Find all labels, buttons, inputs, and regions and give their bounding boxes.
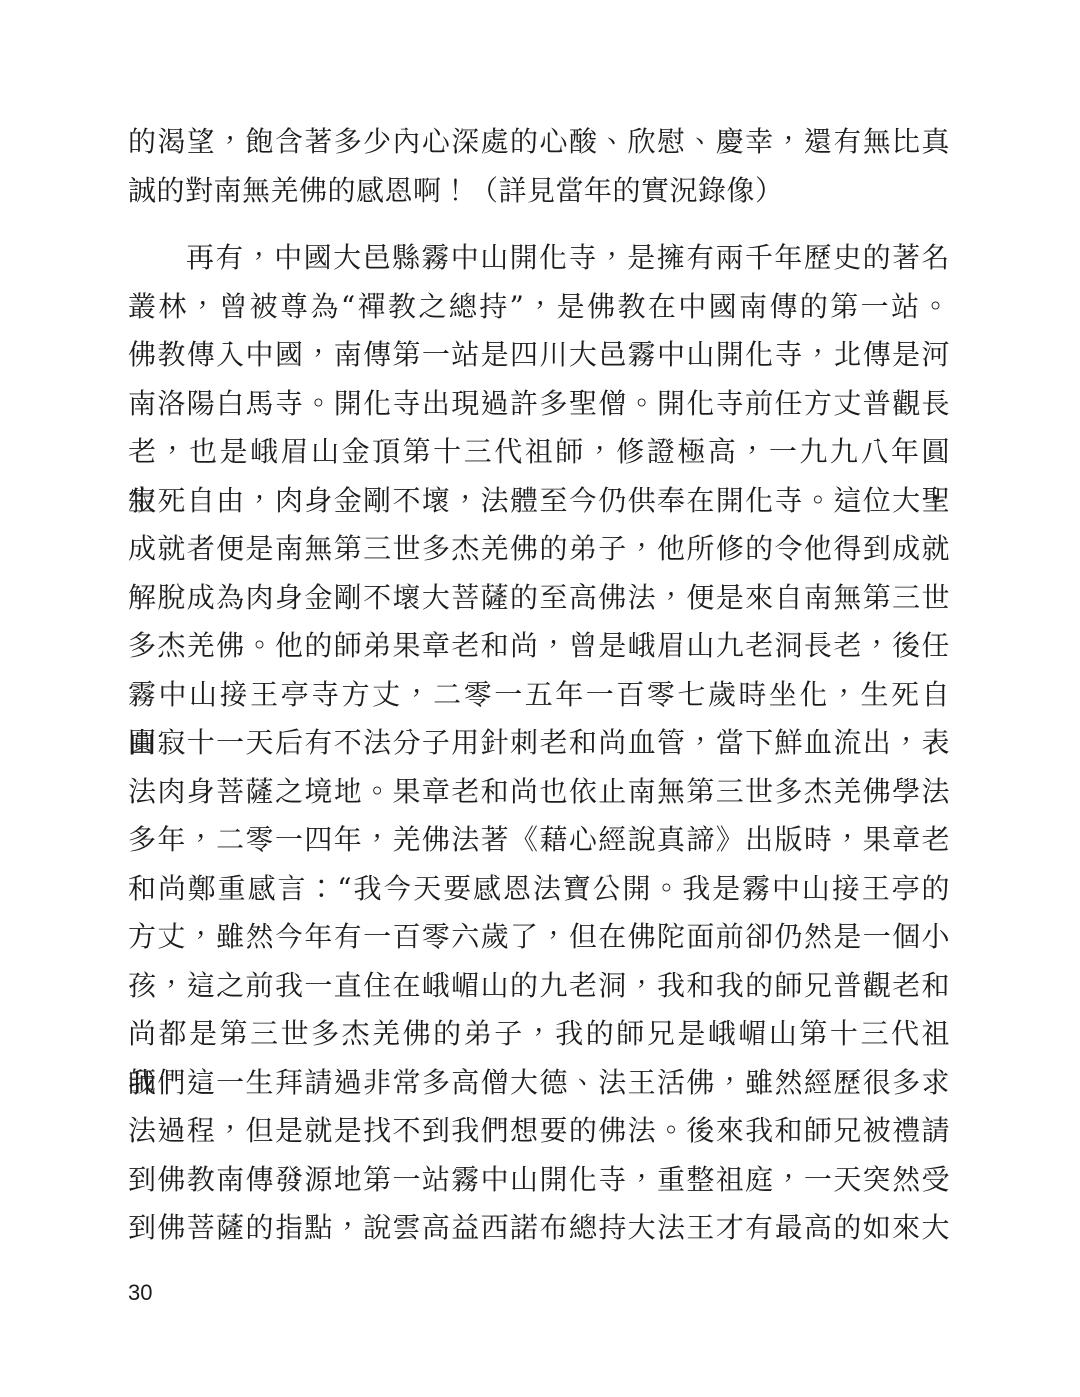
text-line: 法過程，但是就是找不到我們想要的佛法。後來我和師兄被禮請 [128, 1107, 950, 1156]
text-line: 解脫成為肉身金剛不壞大菩薩的至高佛法，便是來自南無第三世 [128, 574, 950, 623]
page-number: 30 [128, 1280, 152, 1305]
text-line: 我們這一生拜請過非常多高僧大德、法王活佛，雖然經歷很多求 [128, 1059, 950, 1108]
paragraph-1: 的渴望，飽含著多少內心深處的心酸、欣慰、慶幸，還有無比真 誠的對南無羌佛的感恩啊… [128, 118, 950, 215]
text-line: 南洛陽白馬寺。開化寺出現過許多聖僧。開化寺前任方丈普觀長 [128, 380, 950, 429]
paragraph-2: 再有，中國大邑縣霧中山開化寺，是擁有兩千年歷史的著名 叢林，曾被尊為“禪教之總持… [128, 234, 950, 1253]
text-line: 孩，這之前我一直住在峨嵋山的九老洞，我和我的師兄普觀老和 [128, 962, 950, 1011]
text-line: 圓寂十一天后有不法分子用針刺老和尚血管，當下鮮血流出，表 [128, 719, 950, 768]
text-line: 尚都是第三世多杰羌佛的弟子，我的師兄是峨嵋山第十三代祖師， [128, 1010, 950, 1059]
text-line: 多年，二零一四年，羌佛法著《藉心經說真諦》出版時，果章老 [128, 816, 950, 865]
text-line: 方丈，雖然今年有一百零六歲了，但在佛陀面前卻仍然是一個小 [128, 913, 950, 962]
text-line: 法肉身菩薩之境地。果章老和尚也依止南無第三世多杰羌佛學法 [128, 768, 950, 817]
page-footer: 30 [128, 1280, 152, 1306]
text-line: 再有，中國大邑縣霧中山開化寺，是擁有兩千年歷史的著名 [128, 234, 950, 283]
text-line: 叢林，曾被尊為“禪教之總持”，是佛教在中國南傳的第一站。 [128, 283, 950, 332]
text-line: 誠的對南無羌佛的感恩啊！（詳見當年的實況錄像） [128, 167, 950, 216]
text-line: 生死自由，肉身金剛不壞，法體至今仍供奉在開化寺。這位大聖 [128, 477, 950, 526]
text-line: 多杰羌佛。他的師弟果章老和尚，曾是峨眉山九老洞長老，後任 [128, 622, 950, 671]
text-line: 和尚鄭重感言：“我今天要感恩法寶公開。我是霧中山接王亭的 [128, 865, 950, 914]
text-line: 佛教傳入中國，南傳第一站是四川大邑霧中山開化寺，北傳是河 [128, 331, 950, 380]
text-line: 老，也是峨眉山金頂第十三代祖師，修證極高，一九九八年圓寂， [128, 428, 950, 477]
text-line: 成就者便是南無第三世多杰羌佛的弟子，他所修的令他得到成就 [128, 525, 950, 574]
text-line: 到佛菩薩的指點，說雲高益西諾布總持大法王才有最高的如來大 [128, 1204, 950, 1253]
document-page: 的渴望，飽含著多少內心深處的心酸、欣慰、慶幸，還有無比真 誠的對南無羌佛的感恩啊… [0, 0, 1080, 1397]
text-line: 霧中山接王亭寺方丈，二零一五年一百零七歲時坐化，生死自由， [128, 671, 950, 720]
page-body-text: 的渴望，飽含著多少內心深處的心酸、欣慰、慶幸，還有無比真 誠的對南無羌佛的感恩啊… [128, 118, 950, 1253]
text-line: 到佛教南傳發源地第一站霧中山開化寺，重整祖庭，一天突然受 [128, 1156, 950, 1205]
text-line: 的渴望，飽含著多少內心深處的心酸、欣慰、慶幸，還有無比真 [128, 118, 950, 167]
